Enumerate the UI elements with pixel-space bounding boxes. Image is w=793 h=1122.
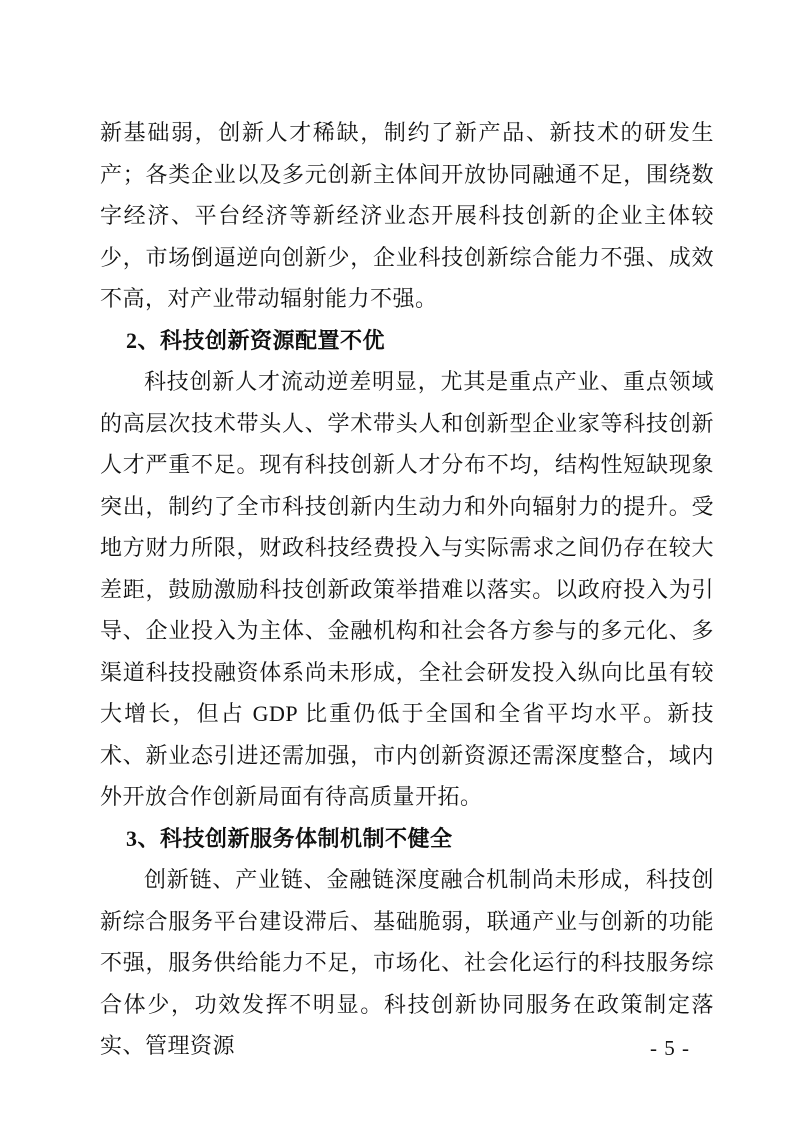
document-page: 新基础弱，创新人才稀缺，制约了新产品、新技术的研发生产；各类企业以及多元创新主体…	[0, 0, 793, 1122]
document-body: 新基础弱，创新人才稀缺，制约了新产品、新技术的研发生产；各类企业以及多元创新主体…	[100, 112, 714, 1067]
paragraph-continuation: 新基础弱，创新人才稀缺，制约了新产品、新技术的研发生产；各类企业以及多元创新主体…	[100, 112, 714, 320]
section-paragraph-3: 创新链、产业链、金融链深度融合机制尚未形成，科技创新综合服务平台建设滞后、基础脆…	[100, 859, 714, 1067]
section-heading-2: 2、科技创新资源配置不优	[100, 320, 714, 362]
page-number: - 5 -	[650, 1036, 690, 1060]
section-paragraph-2: 科技创新人才流动逆差明显，尤其是重点产业、重点领域的高层次技术带头人、学术带头人…	[100, 361, 714, 818]
section-heading-3: 3、科技创新服务体制机制不健全	[100, 818, 714, 860]
